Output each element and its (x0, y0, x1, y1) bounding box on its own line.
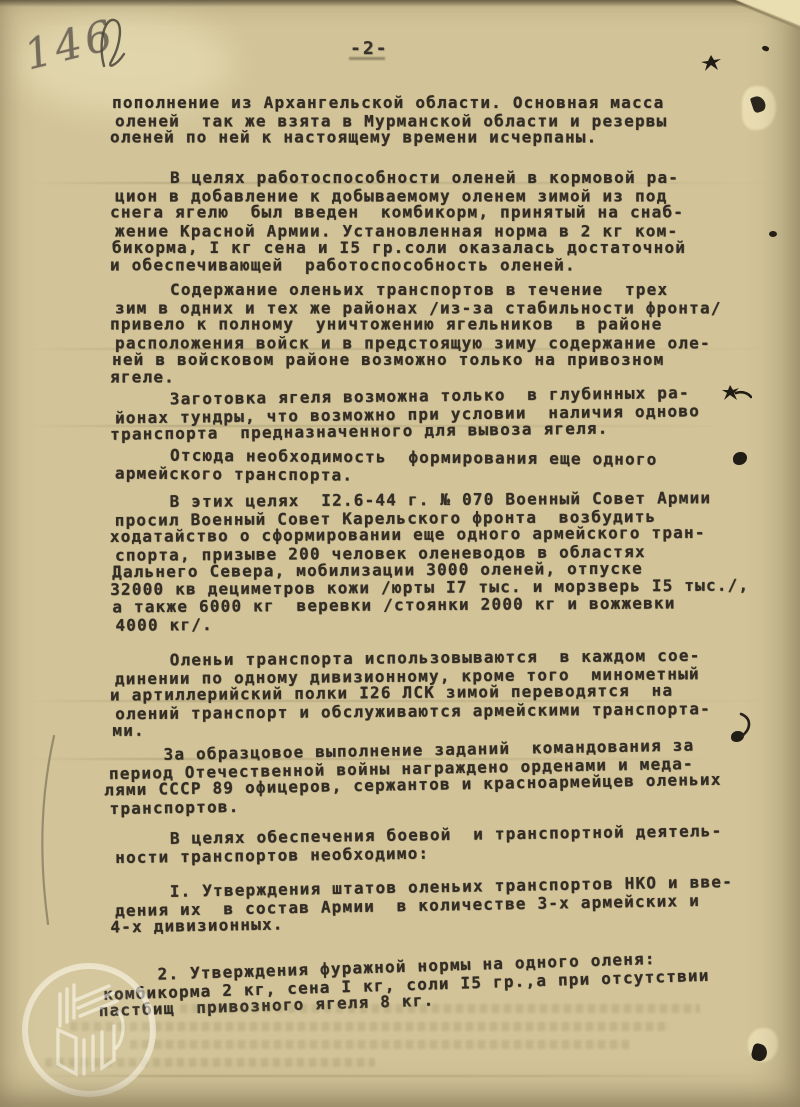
pen-mark-icon (737, 712, 755, 738)
text-line: ней в войсковом районе возможно только н… (112, 351, 780, 369)
ink-speck (761, 45, 769, 52)
ink-blot-icon (722, 384, 752, 404)
margin-pencil-line-icon (30, 730, 70, 930)
paragraph-3: Содержание оленьих транспортов в течение… (112, 281, 780, 386)
paragraph-5: Отсюда необходимость формирования еще од… (112, 446, 780, 487)
page-number-smudge (349, 57, 385, 60)
ink-speck (769, 231, 777, 237)
bleedthrough-text (130, 1040, 630, 1049)
text-line: привело к полному уничтожению ягельников… (110, 316, 778, 334)
text-line: В целях работоспособности оленей в кормо… (112, 169, 780, 187)
paragraph-7: Оленьи транспорта использовываются в каж… (112, 646, 781, 739)
text-line: жение Красной Армии. Установленная норма… (115, 222, 783, 240)
pen-flourish-icon (94, 8, 142, 84)
text-line: 4000 кг/. (115, 612, 783, 634)
paragraph-6: В этих целях I2.6-44 г. № 070 Военный Со… (112, 489, 781, 634)
paragraph-10-item-1: I. Утверждения штатов оленьих транспорто… (112, 872, 781, 936)
text-line: оленей по ней к настоящему времени исчер… (110, 129, 778, 147)
paragraph-2: В целях работоспособности оленей в кормо… (112, 169, 780, 274)
text-line: и обеспечивающей работоспособность олене… (110, 256, 778, 274)
ink-blot-icon (700, 54, 722, 72)
text-line: бикорма, I кг сена и I5 гр.соли оказалас… (112, 239, 780, 257)
page-number: -2- (350, 38, 389, 59)
text-line: Содержание оленьих транспортов в течение… (112, 281, 780, 299)
text-line: снега ягелю был введен комбикорм, принят… (110, 204, 778, 222)
paragraph-1: пополнение из Архангельской области. Осн… (112, 94, 780, 147)
scanned-document-page: 146 -2- пополнение из Архангельской обла… (0, 0, 800, 1107)
text-line: расположения войск и в предстоящую зиму … (115, 334, 783, 352)
paragraph-8: За образцовое выполнение заданий командо… (105, 735, 774, 817)
text-line: пополнение из Архангельской области. Осн… (112, 94, 780, 112)
paragraph-4: Заготовка ягеля возможна только в глубин… (112, 383, 781, 444)
paragraph-9: В целях обеспечения боевой и транспортно… (112, 821, 780, 865)
archive-watermark-icon (14, 956, 164, 1107)
bleedthrough-text (180, 1004, 700, 1013)
